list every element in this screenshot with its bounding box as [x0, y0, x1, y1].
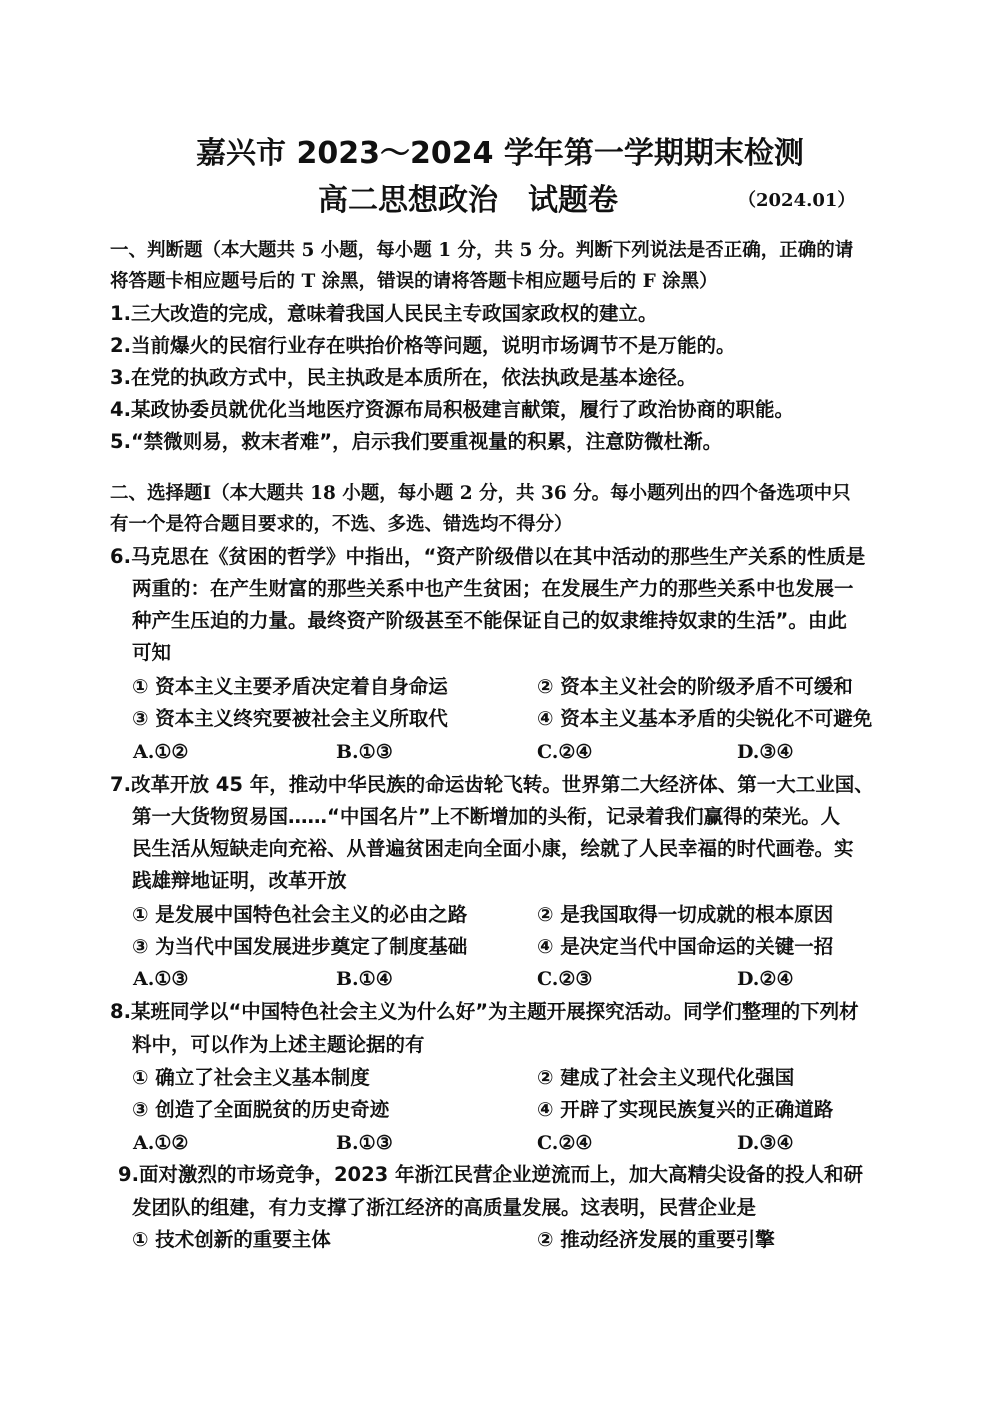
- question-6-answer-c: C.②④: [537, 740, 592, 764]
- question-8-answer-c: C.②④: [537, 1131, 592, 1155]
- question-9-option-1: ① 技术创新的重要主体: [132, 1228, 331, 1252]
- question-7-option-3: ③ 为当代中国发展进步奠定了制度基础: [132, 935, 467, 959]
- question-7-option-2: ② 是我国取得一切成就的根本原因: [537, 903, 833, 927]
- question-8-answer-d: D.③④: [737, 1131, 793, 1155]
- question-6-stem-line: 可知: [132, 641, 171, 665]
- question-6-option-2: ② 资本主义社会的阶级矛盾不可缓和: [537, 675, 853, 699]
- question-9-stem: 9.面对激烈的市场竞争，2023 年浙江民营企业逆流而上，加大高精尖设备的投人和…: [118, 1163, 863, 1187]
- section2-heading-cont: 有一个是符合题目要求的，不选、多选、错选均不得分）: [110, 513, 573, 537]
- question-6-stem-line: 两重的：在产生财富的那些关系中也产生贫困；在发展生产力的那些关系中也发展一: [132, 577, 854, 601]
- question-9-option-2: ② 推动经济发展的重要引擎: [537, 1228, 775, 1252]
- question-8-answer-b: B.①③: [336, 1131, 393, 1155]
- judgment-item-3: 3.在党的执政方式中，民主执政是本质所在，依法执政是基本途径。: [110, 366, 696, 390]
- question-7-answer-d: D.②④: [737, 967, 793, 991]
- exam-date: （2024.01）: [738, 186, 855, 212]
- judgment-item-2: 2.当前爆火的民宿行业存在哄抬价格等问题，说明市场调节不是万能的。: [110, 334, 735, 358]
- question-6-stem: 6.马克思在《贫困的哲学》中指出，“资产阶级借以在其中活动的那些生产关系的性质是: [110, 545, 865, 569]
- judgment-item-1: 1.三大改造的完成，意味着我国人民民主专政国家政权的建立。: [110, 302, 657, 326]
- question-8-stem-line: 料中，可以作为上述主题论据的有: [132, 1033, 425, 1057]
- judgment-item-4: 4.某政协委员就优化当地医疗资源布局积极建言献策，履行了政治协商的职能。: [110, 398, 794, 422]
- section1-heading-cont: 将答题卡相应题号后的 T 涂黑，错误的请将答题卡相应题号后的 F 涂黑）: [110, 270, 718, 294]
- judgment-item-5: 5.“禁微则易，救末者难”，启示我们要重视量的积累，注意防微杜渐。: [110, 430, 722, 454]
- question-7-answer-a: A.①③: [133, 967, 188, 991]
- section2-heading: 二、选择题Ⅰ（本大题共 18 小题，每小题 2 分，共 36 分。每小题列出的四…: [110, 482, 851, 506]
- paper-label: 试题卷: [528, 183, 618, 218]
- question-6-option-4: ④ 资本主义基本矛盾的尖锐化不可避免: [537, 707, 872, 731]
- question-7-stem: 7.改革开放 45 年，推动中华民族的命运齿轮飞转。世界第二大经济体、第一大工业…: [110, 773, 874, 797]
- question-6-option-3: ③ 资本主义终究要被社会主义所取代: [132, 707, 448, 731]
- question-6-stem-line: 种产生压迫的力量。最终资产阶级甚至不能保证自己的奴隶维持奴隶的生活”。由此: [132, 609, 847, 633]
- question-6-answer-d: D.③④: [737, 740, 793, 764]
- question-8-stem: 8.某班同学以“中国特色社会主义为什么好”为主题开展探究活动。同学们整理的下列材: [110, 1000, 859, 1024]
- question-7-stem-line: 第一大货物贸易国……“中国名片”上不断增加的头衔，记录着我们赢得的荣光。人: [132, 805, 840, 829]
- exam-title: 嘉兴市 2023～2024 学年第一学期期末检测: [0, 128, 1000, 172]
- question-6-answer-b: B.①③: [336, 740, 393, 764]
- question-6-option-1: ① 资本主义主要矛盾决定着自身命运: [132, 675, 448, 699]
- question-8-option-3: ③ 创造了全面脱贫的历史奇迹: [132, 1098, 389, 1122]
- question-8-option-2: ② 建成了社会主义现代化强国: [537, 1066, 794, 1090]
- question-8-option-4: ④ 开辟了实现民族复兴的正确道路: [537, 1098, 833, 1122]
- question-7-answer-b: B.①④: [336, 967, 393, 991]
- question-9-stem-line: 发团队的组建，有力支撑了浙江经济的高质量发展。这表明，民营企业是: [132, 1196, 756, 1220]
- subject-label: 高二思想政治: [318, 183, 498, 218]
- question-8-option-1: ① 确立了社会主义基本制度: [132, 1066, 370, 1090]
- exam-subtitle: 高二思想政治试题卷: [318, 175, 618, 219]
- question-7-option-4: ④ 是决定当代中国命运的关键一招: [537, 935, 833, 959]
- question-7-stem-line: 践雄辩地证明，改革开放: [132, 869, 347, 893]
- question-7-option-1: ① 是发展中国特色社会主义的必由之路: [132, 903, 467, 927]
- question-8-answer-a: A.①②: [133, 1131, 188, 1155]
- question-6-answer-a: A.①②: [133, 740, 188, 764]
- question-7-answer-c: C.②③: [537, 967, 592, 991]
- section1-heading: 一、判断题（本大题共 5 小题，每小题 1 分，共 5 分。判断下列说法是否正确…: [110, 239, 853, 263]
- question-7-stem-line: 民生活从短缺走向充裕、从普遍贫困走向全面小康，绘就了人民幸福的时代画卷。实: [132, 837, 854, 861]
